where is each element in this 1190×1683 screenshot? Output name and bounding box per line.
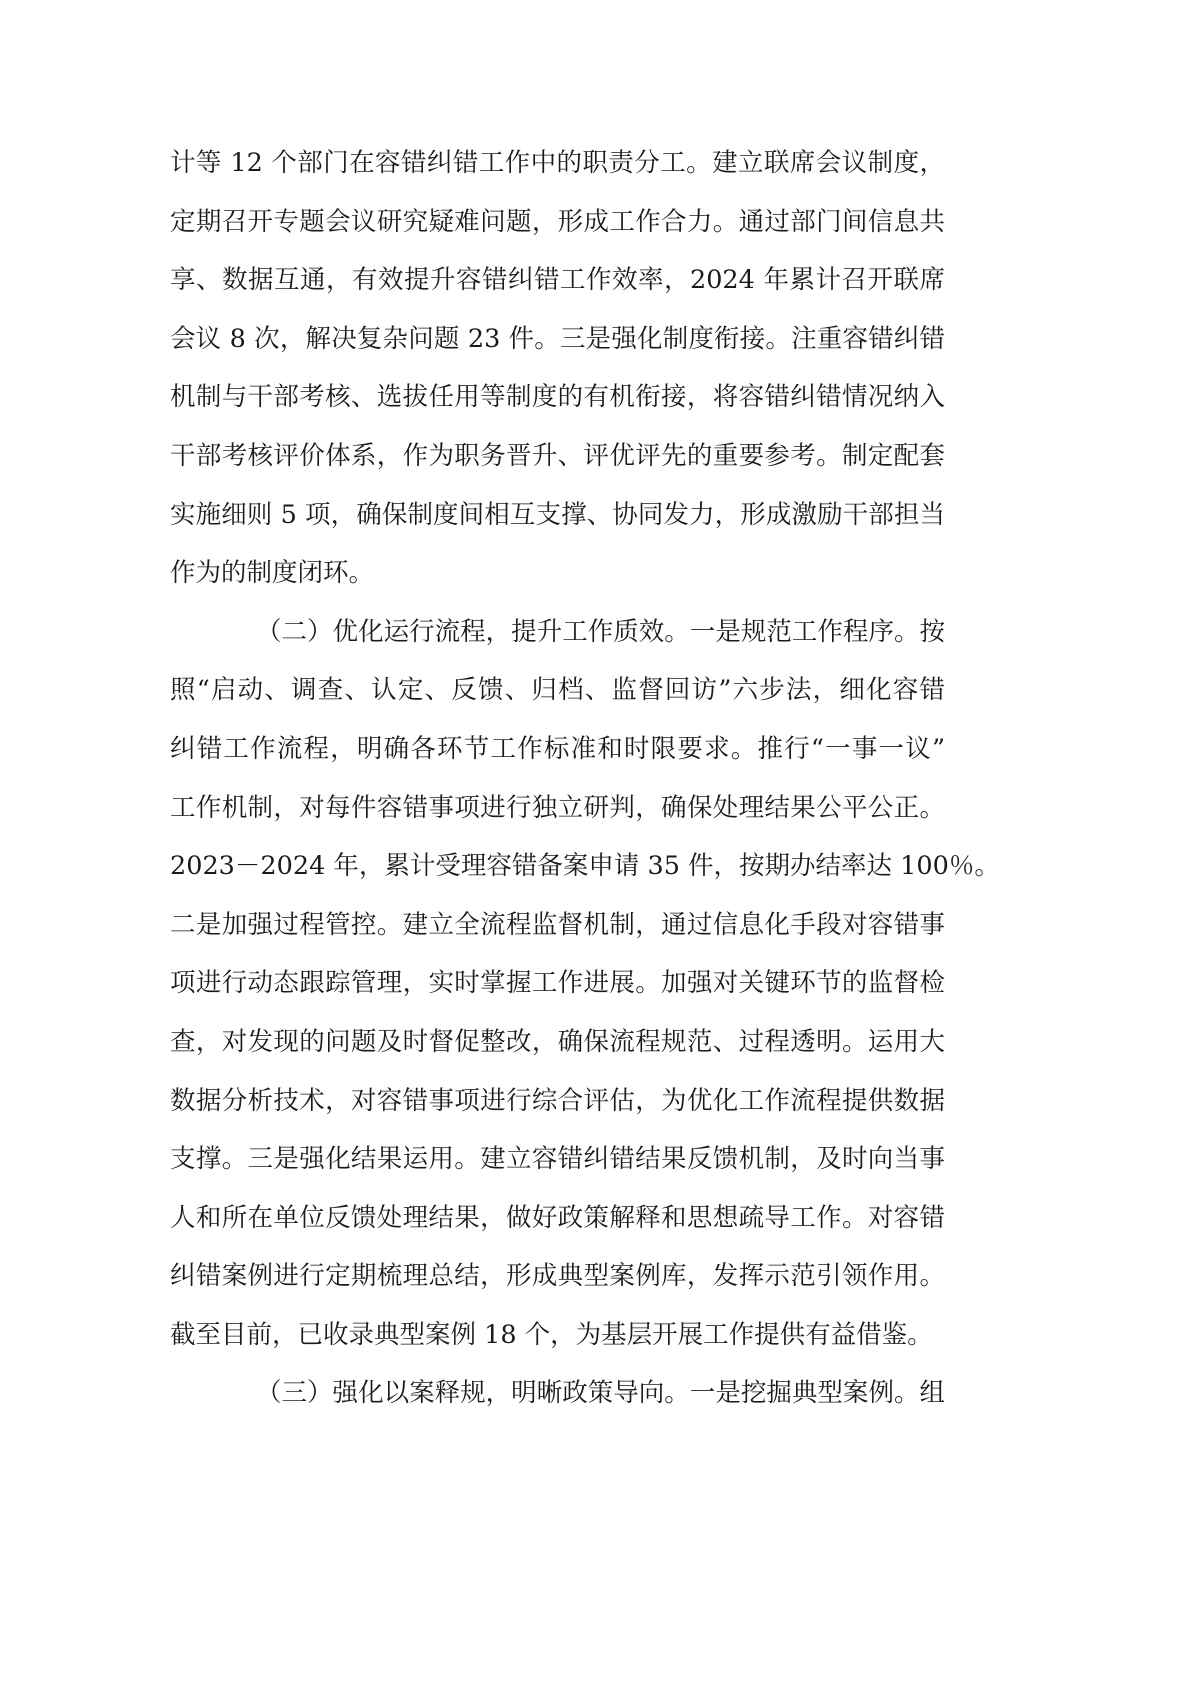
- document-page: 计等 12 个部门在容错纠错工作中的职责分工。建立联席会议制度， 定期召开专题会…: [170, 134, 945, 1423]
- text-line: 纠错案例进行定期梳理总结，形成典型案例库，发挥示范引领作用。: [170, 1247, 945, 1306]
- text-line: 计等 12 个部门在容错纠错工作中的职责分工。建立联席会议制度，: [170, 134, 945, 193]
- text-line: 机制与干部考核、选拔任用等制度的有机衔接，将容错纠错情况纳入: [170, 368, 945, 427]
- text-line: 纠错工作流程，明确各环节工作标准和时限要求。推行“一事一议”: [170, 720, 945, 779]
- text-line: 享、数据互通，有效提升容错纠错工作效率，2024 年累计召开联席: [170, 251, 945, 310]
- text-line: 项进行动态跟踪管理，实时掌握工作进展。加强对关键环节的监督检: [170, 954, 945, 1013]
- section-heading-line: （三）强化以案释规，明晰政策导向。一是挖掘典型案例。组: [170, 1364, 945, 1423]
- paragraph-optimize-process: （二）优化运行流程，提升工作质效。一是规范工作程序。按 照“启动、调查、认定、反…: [170, 603, 945, 1365]
- text-line: 支撑。三是强化结果运用。建立容错纠错结果反馈机制，及时向当事: [170, 1130, 945, 1189]
- text-line: 二是加强过程管控。建立全流程监督机制，通过信息化手段对容错事: [170, 896, 945, 955]
- text-line: 2023－2024 年，累计受理容错备案申请 35 件，按期办结率达 100％。: [170, 837, 945, 896]
- text-line: 查，对发现的问题及时督促整改，确保流程规范、过程透明。运用大: [170, 1013, 945, 1072]
- text-line: 实施细则 5 项，确保制度间相互支撑、协同发力，形成激励干部担当: [170, 486, 945, 545]
- text-line: 人和所在单位反馈处理结果，做好政策解释和思想疏导工作。对容错: [170, 1189, 945, 1248]
- section-heading-line: （二）优化运行流程，提升工作质效。一是规范工作程序。按: [170, 603, 945, 662]
- text-line: 截至目前，已收录典型案例 18 个，为基层开展工作提供有益借鉴。: [170, 1306, 945, 1365]
- text-line: 作为的制度闭环。: [170, 544, 945, 603]
- text-line: 会议 8 次，解决复杂问题 23 件。三是强化制度衔接。注重容错纠错: [170, 310, 945, 369]
- text-line: 数据分析技术，对容错事项进行综合评估，为优化工作流程提供数据: [170, 1072, 945, 1131]
- text-line: 定期召开专题会议研究疑难问题，形成工作合力。通过部门间信息共: [170, 193, 945, 252]
- text-line: 工作机制，对每件容错事项进行独立研判，确保处理结果公平公正。: [170, 779, 945, 838]
- paragraph-case-guidance: （三）强化以案释规，明晰政策导向。一是挖掘典型案例。组: [170, 1364, 945, 1423]
- text-line: 干部考核评价体系，作为职务晋升、评优评先的重要参考。制定配套: [170, 427, 945, 486]
- text-line: 照“启动、调查、认定、反馈、归档、监督回访”六步法，细化容错: [170, 661, 945, 720]
- paragraph-dept-coordination: 计等 12 个部门在容错纠错工作中的职责分工。建立联席会议制度， 定期召开专题会…: [170, 134, 945, 603]
